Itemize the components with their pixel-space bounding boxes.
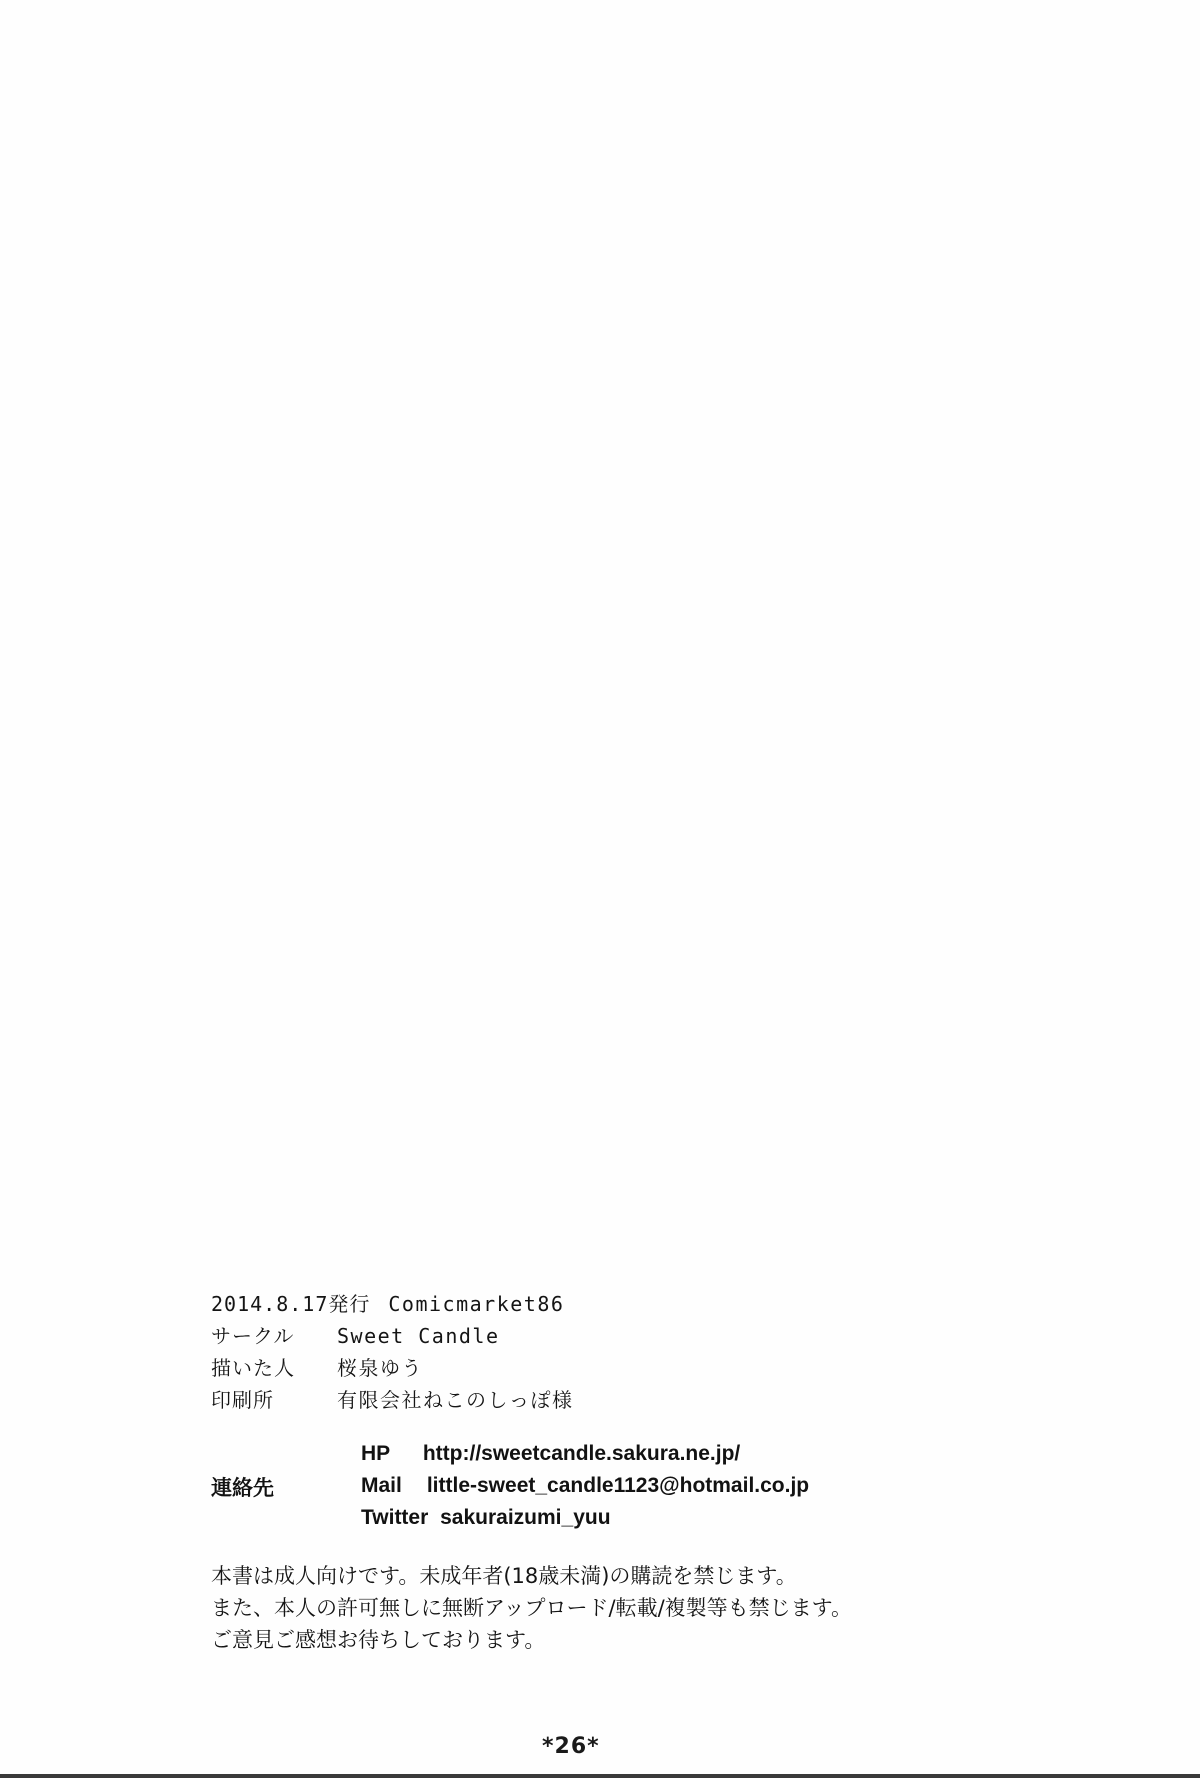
twitter-handle: sakuraizumi_yuu: [440, 1506, 610, 1529]
page-number: *26*: [542, 1734, 600, 1759]
artist-name: 桜泉ゆう: [337, 1352, 423, 1384]
hp-key: HP: [361, 1438, 417, 1470]
circle-label: サークル: [211, 1320, 337, 1352]
contact-mail: Mail little-sweet_candle1123@hotmail.co.…: [361, 1470, 809, 1502]
event-name: Comicmarket86: [388, 1288, 564, 1320]
printer-name: 有限会社ねこのしっぽ様: [337, 1384, 574, 1416]
printer-label: 印刷所: [211, 1384, 337, 1416]
notice-line-adult: 本書は成人向けです。未成年者(18歳未満)の購読を禁じます。: [211, 1560, 852, 1592]
contact-lines: HP http://sweetcandle.sakura.ne.jp/ Mail…: [361, 1438, 809, 1534]
contact-hp: HP http://sweetcandle.sakura.ne.jp/: [361, 1438, 809, 1470]
notice-block: 本書は成人向けです。未成年者(18歳未満)の購読を禁じます。 また、本人の許可無…: [211, 1560, 852, 1656]
printer-row: 印刷所 有限会社ねこのしっぽ様: [211, 1384, 574, 1416]
artist-row: 描いた人 桜泉ゆう: [211, 1352, 574, 1384]
contact-twitter: Twitter sakuraizumi_yuu: [361, 1502, 809, 1534]
artist-label: 描いた人: [211, 1352, 337, 1384]
colophon-block: 2014.8.17発行 Comicmarket86 サークル Sweet Can…: [211, 1288, 574, 1416]
notice-line-feedback: ご意見ご感想お待ちしております。: [211, 1624, 852, 1656]
notice-line-copyright: また、本人の許可無しに無断アップロード/転載/複製等も禁じます。: [211, 1592, 852, 1624]
mail-address: little-sweet_candle1123@hotmail.co.jp: [427, 1474, 809, 1497]
publish-date: 2014.8.17発行: [211, 1288, 370, 1320]
circle-name: Sweet Candle: [337, 1320, 500, 1352]
hp-url: http://sweetcandle.sakura.ne.jp/: [423, 1442, 740, 1465]
scan-edge-divider: [0, 1774, 1200, 1778]
colophon-page: 2014.8.17発行 Comicmarket86 サークル Sweet Can…: [0, 0, 1200, 1774]
twitter-key: Twitter: [361, 1502, 428, 1534]
circle-row: サークル Sweet Candle: [211, 1320, 574, 1352]
contact-label: 連絡先: [211, 1472, 311, 1502]
publish-row: 2014.8.17発行 Comicmarket86: [211, 1288, 574, 1320]
mail-key: Mail: [361, 1470, 421, 1502]
